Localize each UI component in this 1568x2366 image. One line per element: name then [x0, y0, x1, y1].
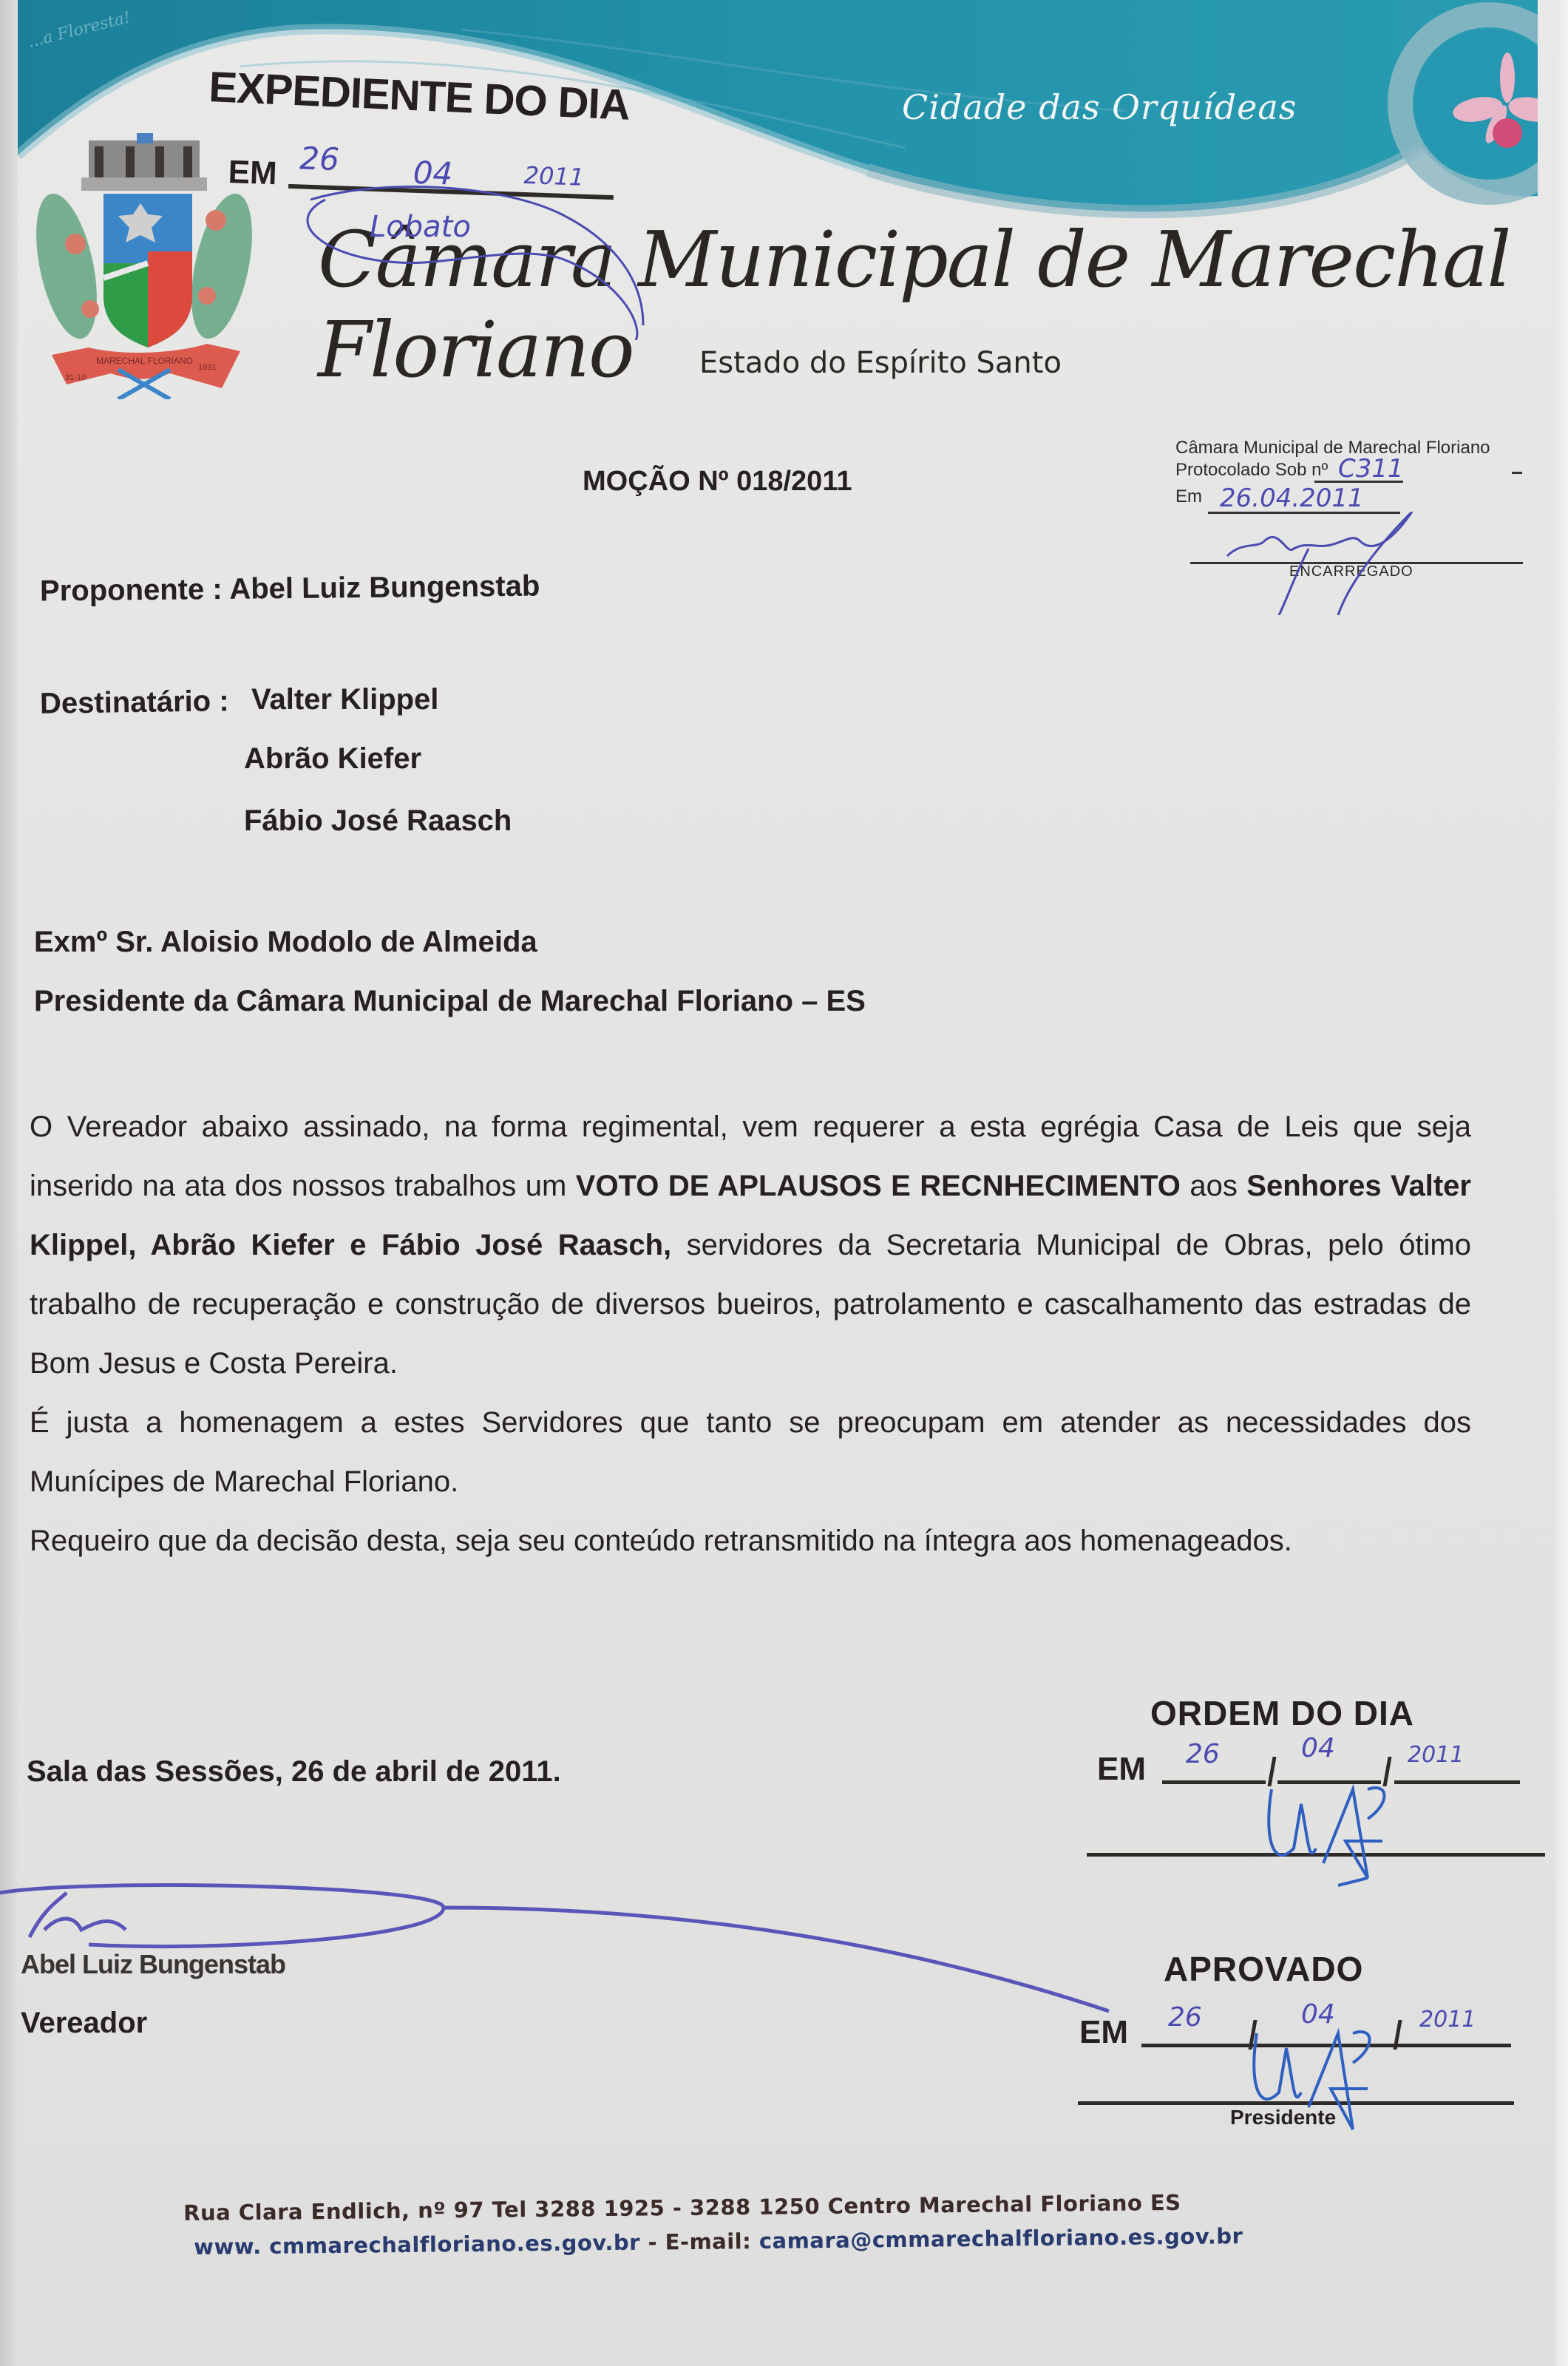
svg-text:Lobato: Lobato [370, 210, 471, 244]
destinatario-3: Fábio José Raasch [244, 804, 512, 838]
signer-role: Vereador [21, 2007, 147, 2040]
destinatario-label: Destinatário : [40, 685, 229, 721]
expediente-signature-icon: Lobato [296, 177, 724, 340]
document-title: MOÇÃO Nº 018/2011 [583, 466, 852, 498]
proponente-name: Abel Luiz Bungenstab [229, 569, 540, 605]
stamp-protocol-label: Protocolado Sob nº [1175, 460, 1328, 481]
footer-website-link[interactable]: www. cmmarechalfloriano.es.gov.br [194, 2230, 640, 2260]
aprovado-year: 2011 [1419, 2007, 1476, 2033]
destinatario-1: Valter Klippel [251, 683, 438, 716]
stamp-dash [1512, 472, 1522, 474]
aprovado-title: APROVADO [1164, 1949, 1363, 1989]
tagline: Cidade das Orquídeas [902, 87, 1297, 127]
state-subtitle: Estado do Espírito Santo [699, 346, 1062, 380]
vote-phrase: VOTO DE APLAUSOS E RECNHECIMENTO [576, 1170, 1181, 1202]
ordem-signature-icon [1257, 1774, 1405, 1922]
expediente-em-label: EM [228, 154, 278, 192]
svg-text:MARECHAL FLORIANO: MARECHAL FLORIANO [96, 356, 193, 366]
footer-email-label: - E-mail: [640, 2228, 759, 2255]
body-paragraph-2: É justa a homenagem a estes Servidores q… [30, 1393, 1471, 1511]
document-body: O Vereador abaixo assinado, na forma reg… [30, 1097, 1471, 1570]
ordem-do-dia-title: ORDEM DO DIA [1150, 1693, 1414, 1733]
proponente-label: Proponente : [40, 573, 223, 608]
protocol-stamp: Câmara Municipal de Marechal Floriano Pr… [1175, 438, 1545, 615]
closing-line: Sala das Sessões, 26 de abril de 2011. [27, 1755, 561, 1789]
ordem-year: 2011 [1408, 1742, 1464, 1768]
addressee-name: Exmº Sr. Aloisio Modolo de Almeida [34, 926, 537, 959]
stamp-institution: Câmara Municipal de Marechal Floriano [1175, 438, 1490, 458]
stamp-date: 26.04.2011 [1220, 484, 1364, 513]
body-paragraph-3: Requeiro que da decisão desta, seja seu … [30, 1511, 1471, 1570]
signer-name: Abel Luiz Bungenstab [21, 1949, 285, 1980]
svg-text:31-10: 31-10 [65, 373, 86, 382]
stamp-signature-icon [1220, 512, 1442, 615]
svg-text:1991: 1991 [198, 363, 216, 372]
stamp-em-label: Em [1175, 487, 1202, 507]
body-paragraph-1: O Vereador abaixo assinado, na forma reg… [30, 1097, 1471, 1393]
expediente-day: 26 [299, 140, 340, 177]
stamp-protocol-number: C311 [1338, 454, 1404, 484]
ordem-month: 04 [1301, 1733, 1335, 1763]
ordem-em-label: EM [1097, 1751, 1146, 1788]
destinatario-2: Abrão Kiefer [244, 742, 421, 776]
proponente-field: Proponente : Abel Luiz Bungenstab [40, 569, 540, 608]
addressee-title: Presidente da Câmara Municipal de Marech… [34, 985, 866, 1018]
aprovado-signature-icon [1242, 2018, 1390, 2166]
ordem-day: 26 [1186, 1739, 1220, 1769]
footer-email-link[interactable]: camara@cmmarechalfloriano.es.gov.br [759, 2223, 1243, 2254]
